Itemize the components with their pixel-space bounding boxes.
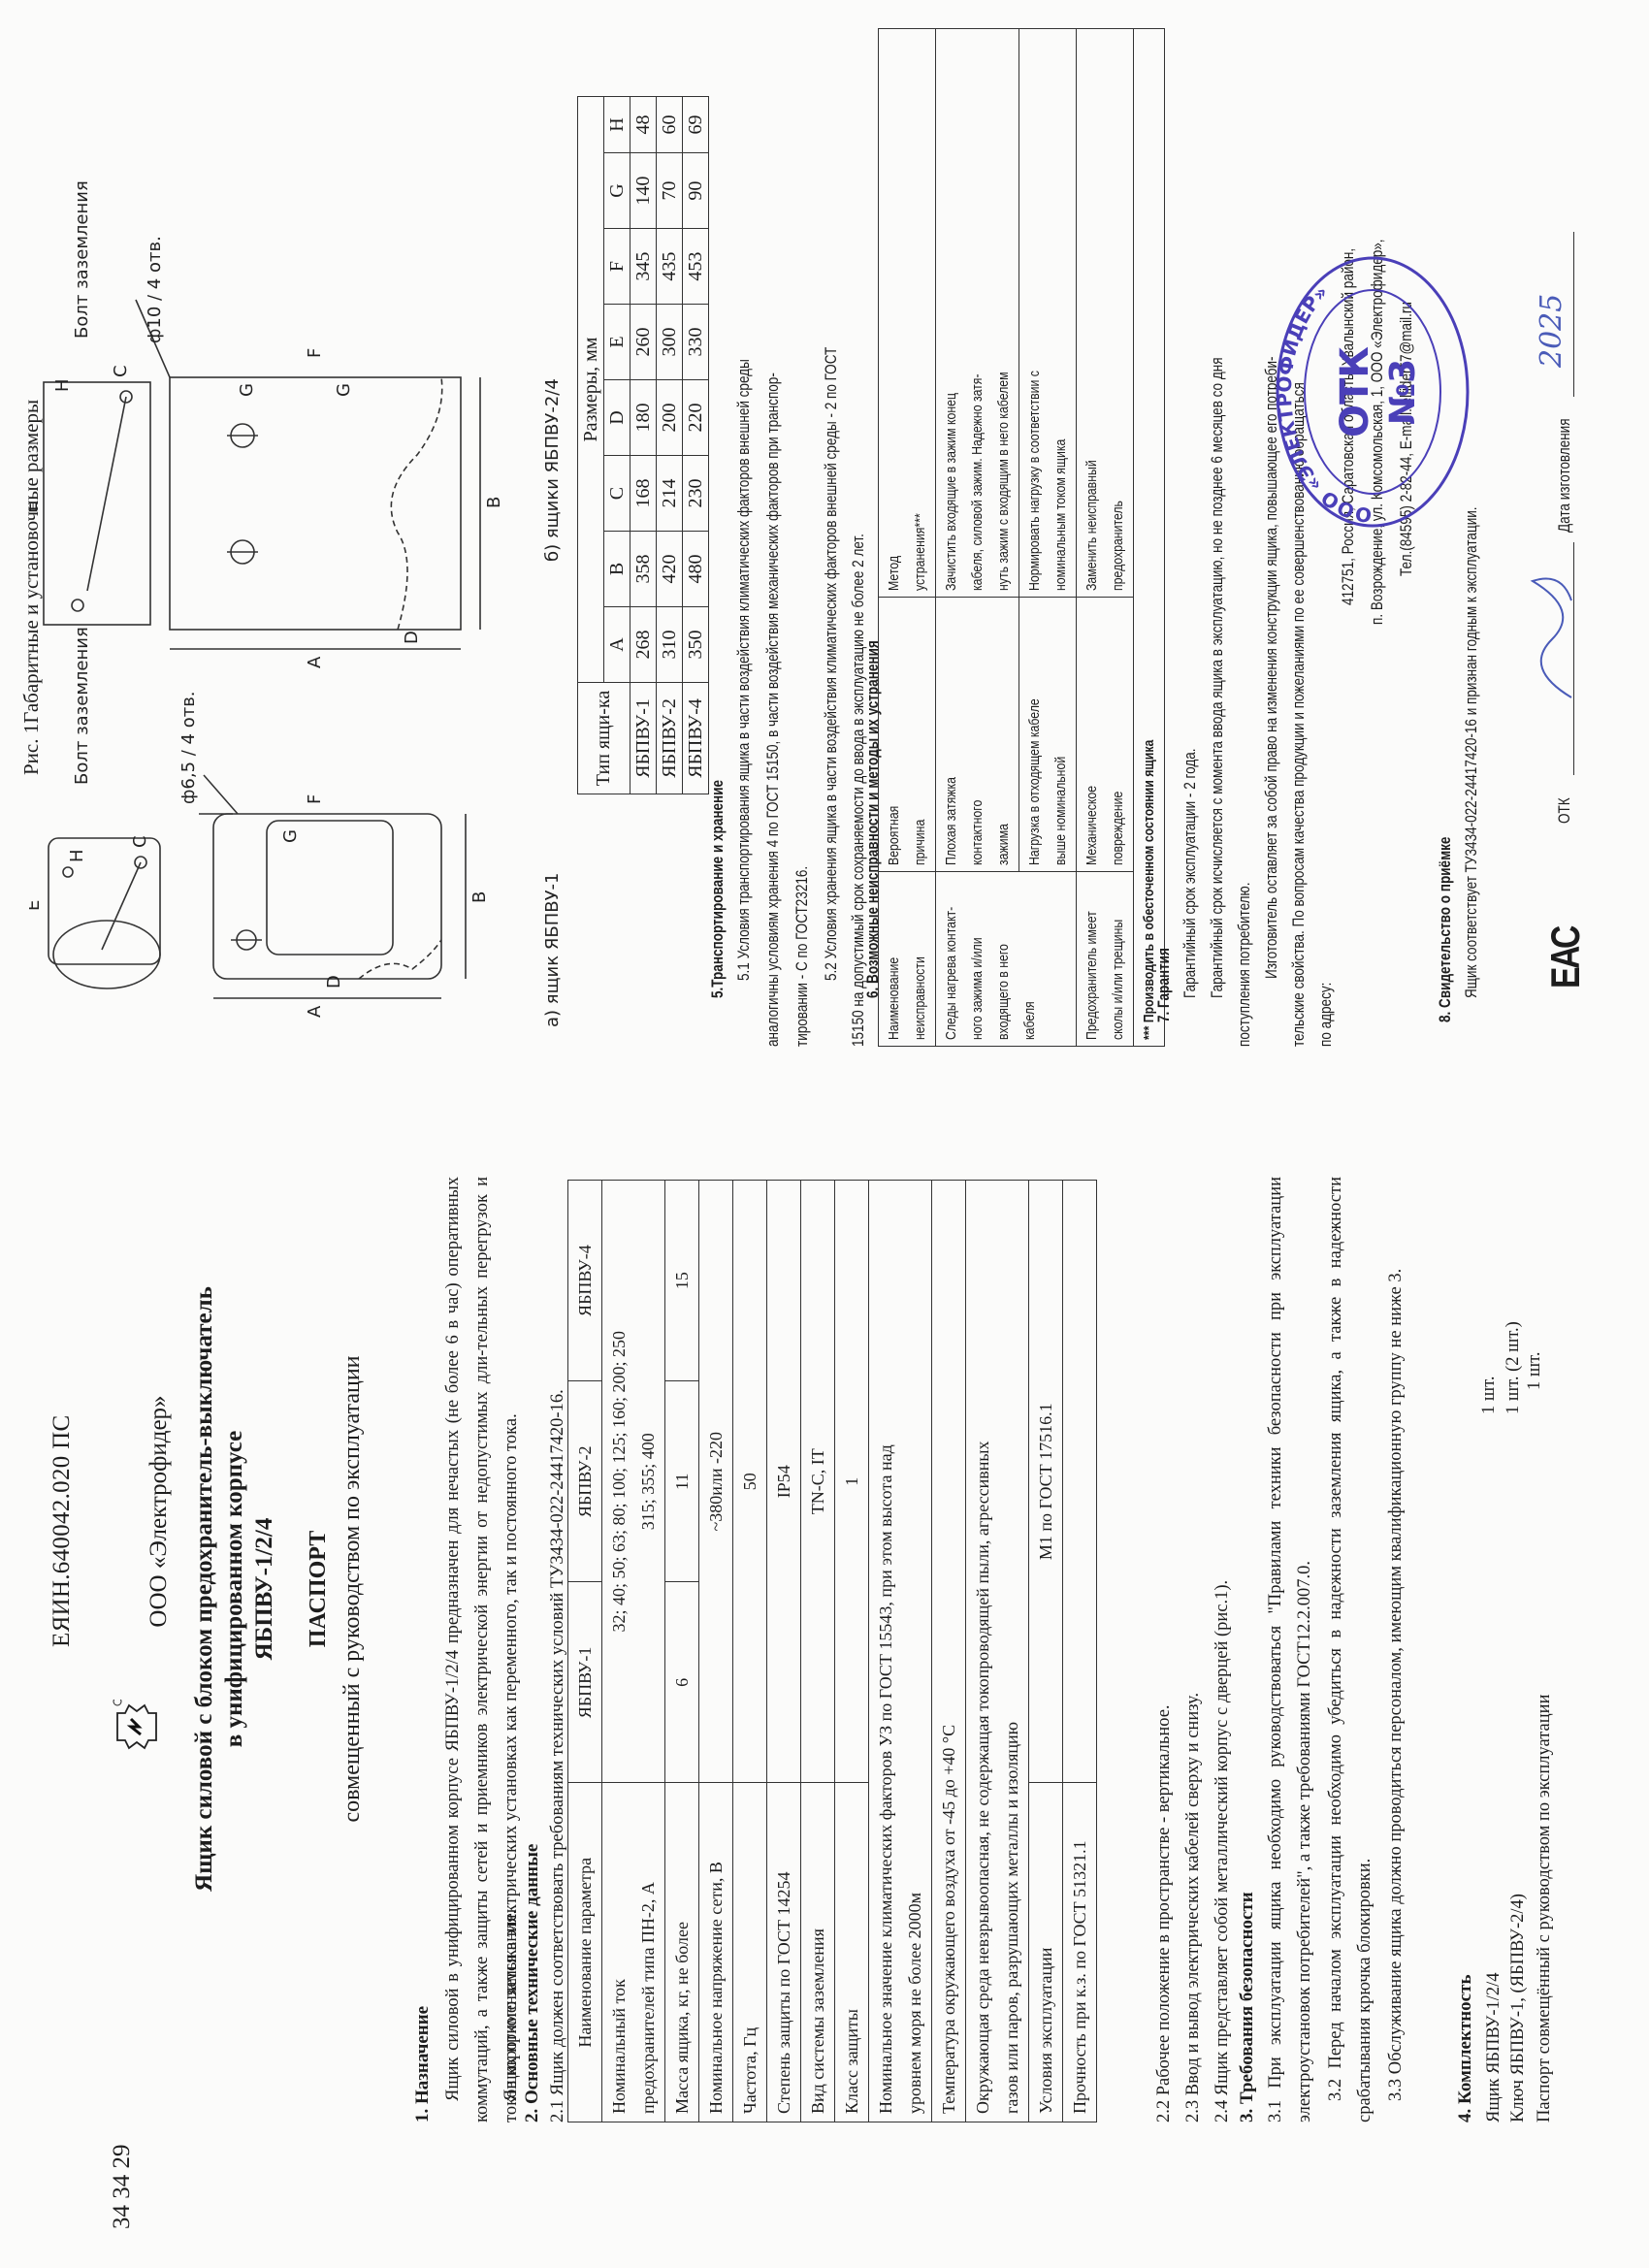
dimension-value: 220 bbox=[683, 380, 709, 456]
svg-text:E: E bbox=[29, 900, 44, 911]
svg-text:G: G bbox=[280, 829, 301, 843]
dimension-value: 214 bbox=[657, 456, 683, 532]
company-name: ООО «Электрофидер» bbox=[145, 1240, 173, 1783]
column-header: Методустранения*** bbox=[879, 29, 936, 598]
stamp-center: ОТК bbox=[1333, 346, 1377, 437]
note-mount-b: ф10 / 4 отв. bbox=[145, 236, 165, 343]
table-row: Прочность при к.з. по ГОСТ 51321.1 bbox=[1063, 1181, 1097, 2122]
dimension-value: 180 bbox=[630, 380, 657, 456]
svg-text:G: G bbox=[334, 383, 354, 397]
dimension-value: 480 bbox=[683, 532, 709, 607]
warranty-line-1: Гарантийный срок эксплуатации - 2 года. bbox=[1176, 748, 1205, 998]
column-header: ЯБПВУ-1 bbox=[568, 1582, 602, 1783]
fault-fix: Заменить неисправныйпредохранитель bbox=[1077, 29, 1134, 598]
parameter-value: М1 по ГОСТ 17516.1 bbox=[1029, 1181, 1063, 1783]
eac-mark-icon: ЕАС bbox=[1542, 927, 1589, 988]
section-4-heading: 4. Комплектность bbox=[1455, 1975, 1476, 2123]
table-row: Условия эксплуатацииМ1 по ГОСТ 17516.1 bbox=[1029, 1181, 1063, 2122]
parameter-value: 50 bbox=[733, 1181, 767, 1783]
table-row: ЯБПВУ-23104202142003004357060 bbox=[657, 97, 683, 794]
dimension-value: 69 bbox=[683, 97, 709, 153]
stamp-number: №3 bbox=[1383, 359, 1423, 425]
column-header: A bbox=[604, 606, 630, 682]
column-header: D bbox=[604, 380, 630, 456]
svg-text:H: H bbox=[67, 849, 87, 862]
table-header-row: Тип ящи-каРазмеры, мм bbox=[578, 97, 604, 794]
technical-data-table: Наименование параметраЯБПВУ-1ЯБПВУ-2ЯБПВ… bbox=[567, 1180, 1097, 2122]
table-row: Номинальный токпредохранителей типа ПН-2… bbox=[602, 1181, 665, 2122]
column-header: Тип ящи-ка bbox=[578, 682, 630, 794]
dimension-value: 200 bbox=[657, 380, 683, 456]
section-3-1: 3.1 При эксплуатации ящика необходимо ру… bbox=[1261, 1177, 1319, 2122]
drawing-a-front: B A F G D bbox=[199, 775, 490, 1018]
table-row: Степень защиты по ГОСТ 14254IP54 bbox=[767, 1181, 801, 2122]
table-row: Номинальное напряжение сети, В~380или -2… bbox=[699, 1181, 733, 2122]
dimension-value: 140 bbox=[630, 153, 657, 229]
dimension-value: 420 bbox=[657, 532, 683, 607]
dimension-value: 70 bbox=[657, 153, 683, 229]
manufacture-date-label: Дата изготовления bbox=[1550, 418, 1579, 533]
caption-a: а) ящик ЯБПВУ-1 bbox=[542, 872, 563, 1027]
title-line-2: в унифицированном корпусе bbox=[219, 1123, 249, 2055]
warranty-line-3: поступления потребителю. bbox=[1230, 883, 1259, 1047]
svg-text:G: G bbox=[237, 383, 257, 397]
svg-text:C: C bbox=[111, 365, 131, 377]
scanned-document-sheet: 34 34 29 ЕЯИН.640042.020 ПС ООО «Электро… bbox=[0, 0, 1649, 2268]
parameter-name: Масса ящика, кг, не более bbox=[665, 1783, 699, 2122]
dimension-value: 453 bbox=[683, 229, 709, 305]
parameter-full-row: Окружающая среда невзрывоопасная, не сод… bbox=[966, 1181, 1029, 2122]
section-8-heading: 8. Свидетельство о приёмке bbox=[1431, 837, 1460, 1022]
svg-text:B: B bbox=[484, 497, 504, 508]
table-row: Номинальное значение климатических факто… bbox=[869, 1181, 932, 2122]
dimension-drawings: B A F G D C H E bbox=[29, 0, 572, 1134]
kit-item-2-label: Ключ ЯБПВУ-1, (ЯБПВУ-2/4) bbox=[1503, 1894, 1533, 2122]
parameter-value: IP54 bbox=[767, 1181, 801, 1783]
passport-page-right: Рис. 1Габаритные и установочные размеры … bbox=[0, 0, 1649, 1134]
svg-text:A: A bbox=[305, 656, 325, 668]
parameter-name: Вид системы заземления bbox=[801, 1783, 835, 2122]
table-footnote-row: *** Производить в обесточенном состоянии… bbox=[1134, 29, 1165, 1047]
column-header: ЯБПВУ-4 bbox=[568, 1181, 602, 1381]
title-line-1: Ящик силовой с блоком предохранитель-вык… bbox=[189, 1123, 219, 2055]
manufacture-date-value: 2025 bbox=[1535, 294, 1568, 368]
dimension-value: 350 bbox=[683, 606, 709, 682]
title-line-3: ЯБПВУ-1/2/4 bbox=[249, 1123, 279, 2055]
svg-text:D: D bbox=[402, 631, 422, 644]
parameter-name: Частота, Гц bbox=[733, 1783, 767, 2122]
section-3-heading: 3. Требования безопасности bbox=[1237, 1892, 1258, 2122]
table-footnote: *** Производить в обесточенном состоянии… bbox=[1134, 29, 1165, 1047]
column-header: E bbox=[604, 305, 630, 380]
kit-item-3-label: Паспорт совмещённый с руководством по эк… bbox=[1530, 1695, 1559, 2122]
note-bolt-b: Болт заземления bbox=[72, 180, 92, 339]
section-2-3: 2.3 Ввод и вывод электрических кабелей с… bbox=[1179, 1693, 1208, 2122]
parameter-value bbox=[1063, 1181, 1097, 1783]
section-5-1-line-1: 5.1 Условия транспортирования ящика в ча… bbox=[729, 359, 759, 981]
table-header-row: Наименование параметраЯБПВУ-1ЯБПВУ-2ЯБПВ… bbox=[568, 1181, 602, 2122]
parameter-name: Номинальный токпредохранителей типа ПН-2… bbox=[602, 1783, 665, 2122]
otk-label: ОТК bbox=[1550, 797, 1579, 824]
dimension-value: 230 bbox=[683, 456, 709, 532]
otk-signature-icon bbox=[1513, 552, 1591, 707]
fault-name: Следы нагрева контакт-ного зажима и/илив… bbox=[936, 871, 1077, 1046]
dimension-value: 168 bbox=[630, 456, 657, 532]
section-5-heading: 5.Транспортирование и хранение bbox=[703, 780, 732, 998]
table-row: Вид системы заземленияTN-C, IT bbox=[801, 1181, 835, 2122]
parameter-value: 11 bbox=[665, 1381, 699, 1582]
drawing-b-front: B A F G G D bbox=[136, 300, 504, 668]
box-type: ЯБПВУ-1 bbox=[630, 682, 657, 794]
table-row: Следы нагрева контакт-ного зажима и/илив… bbox=[936, 29, 1019, 1047]
parameter-value: TN-C, IT bbox=[801, 1181, 835, 1783]
parameter-value: 6 bbox=[665, 1582, 699, 1783]
caption-b: б) ящики ЯБПВУ-2/4 bbox=[542, 378, 563, 562]
dimension-value: 260 bbox=[630, 305, 657, 380]
dimension-value: 358 bbox=[630, 532, 657, 607]
column-header: Наименование параметра bbox=[568, 1783, 602, 2122]
parameter-full-row: Номинальное значение климатических факто… bbox=[869, 1181, 932, 2122]
document-title: Ящик силовой с блоком предохранитель-вык… bbox=[189, 1123, 279, 2055]
fault-cause: Плохая затяжкаконтактногозажима bbox=[936, 597, 1019, 871]
parameter-full-row: Температура окружающего воздуха от -45 д… bbox=[932, 1181, 966, 2122]
note-bolt-a: Болт заземления bbox=[72, 627, 92, 785]
document-id: ЕЯИН.640042.020 ПС bbox=[48, 1415, 76, 1647]
dimension-value: 435 bbox=[657, 229, 683, 305]
table-row: Масса ящика, кг, не более61115 bbox=[665, 1181, 699, 2122]
parameter-value: 1 bbox=[835, 1181, 869, 1783]
table-row: ЯБПВУ-43504802302203304539069 bbox=[683, 97, 709, 794]
dimension-value: 90 bbox=[683, 153, 709, 229]
table-row: Окружающая среда невзрывоопасная, не сод… bbox=[966, 1181, 1029, 2122]
fault-name: Предохранитель имеетсколы и/или трещины bbox=[1077, 871, 1134, 1046]
drawing-a-side: C H E bbox=[29, 835, 160, 988]
column-header: Вероятнаяпричина bbox=[879, 597, 936, 871]
passport-subheading: совмещенный с руководством по эксплуатац… bbox=[339, 1123, 366, 2055]
section-7-heading: 7. Гарантия bbox=[1149, 948, 1179, 1022]
svg-text:A: A bbox=[305, 1005, 325, 1018]
parameter-name: Класс защиты bbox=[835, 1783, 869, 2122]
section-2-2: 2.2 Рабочее положение в пространстве - в… bbox=[1149, 1704, 1179, 2122]
note-mount-a: ф6,5 / 4 отв. bbox=[178, 691, 199, 804]
parameter-name: Номинальное напряжение сети, В bbox=[699, 1783, 733, 2122]
svg-text:F: F bbox=[305, 794, 325, 804]
fault-cause: Нагрузка в отходящем кабелевыше номиналь… bbox=[1019, 597, 1077, 871]
section-1-heading: 1. Назначение bbox=[412, 2006, 434, 2122]
table-row: Предохранитель имеетсколы и/или трещиныМ… bbox=[1077, 29, 1134, 1047]
section-3-2: 3.2 Перед началом эксплуатации необходим… bbox=[1321, 1177, 1379, 2122]
table-header-row: НаименованиенеисправностиВероятнаяпричин… bbox=[879, 29, 936, 1047]
acceptance-text: Ящик соответствует ТУ3434-022-24417420-1… bbox=[1457, 506, 1486, 998]
fault-cause: Механическоеповреждение bbox=[1077, 597, 1134, 871]
drawing-b-side: C H E bbox=[29, 365, 150, 625]
column-header: Наименованиенеисправности bbox=[879, 871, 936, 1046]
box-type: ЯБПВУ-2 bbox=[657, 682, 683, 794]
column-header: H bbox=[604, 97, 630, 153]
passport-page-left: 34 34 29 ЕЯИН.640042.020 ПС ООО «Электро… bbox=[0, 1134, 1649, 2268]
kit-item-3-qty: 1 шт. bbox=[1520, 1352, 1549, 1390]
column-header: C bbox=[604, 456, 630, 532]
column-header: ЯБПВУ-2 bbox=[568, 1381, 602, 1582]
document-code: 34 34 29 bbox=[109, 2145, 136, 2230]
svg-text:F: F bbox=[305, 348, 325, 358]
svg-text:B: B bbox=[469, 891, 490, 903]
svg-text:D: D bbox=[324, 975, 344, 988]
column-header: B bbox=[604, 532, 630, 607]
passport-heading: ПАСПОРТ bbox=[306, 1123, 332, 2055]
dimension-value: 48 bbox=[630, 97, 657, 153]
fault-fix: Зачистить входящие в зажим конецкабеля, … bbox=[936, 29, 1019, 598]
warranty-line-2: Гарантийный срок исчисляется с момента в… bbox=[1203, 357, 1232, 998]
dimension-value: 345 bbox=[630, 229, 657, 305]
box-type: ЯБПВУ-4 bbox=[683, 682, 709, 794]
dimension-value: 60 bbox=[657, 97, 683, 153]
table-row: ЯБПВУ-126835816818026034514048 bbox=[630, 97, 657, 794]
faults-table: НаименованиенеисправностиВероятнаяпричин… bbox=[878, 28, 1165, 1047]
section-5-1-line-2: аналогичны условиям хранения 4 по ГОСТ 1… bbox=[759, 373, 788, 1047]
column-group-header: Размеры, мм bbox=[578, 97, 604, 683]
section-3-3: 3.3 Обслуживание ящика должно проводитьс… bbox=[1381, 1177, 1410, 2122]
svg-text:H: H bbox=[52, 378, 73, 392]
parameter-name: Условия эксплуатации bbox=[1029, 1783, 1063, 2122]
parameter-value: 15 bbox=[665, 1181, 699, 1381]
otk-stamp-icon: ООО «ЭЛЕКТРОФИДЕР» ОТК №3 bbox=[1271, 251, 1474, 533]
svg-text:E: E bbox=[29, 502, 42, 513]
column-header: F bbox=[604, 229, 630, 305]
dimension-value: 300 bbox=[657, 305, 683, 380]
section-2-4: 2.4 Ящик представляет собой металлически… bbox=[1208, 1580, 1237, 2122]
table-row: Частота, Гц50 bbox=[733, 1181, 767, 2122]
dimension-value: 310 bbox=[657, 606, 683, 682]
table-row: Класс защиты1 bbox=[835, 1181, 869, 2122]
svg-text:C: C bbox=[130, 835, 150, 848]
section-5-1-line-3: тировании - С по ГОСТ23216. bbox=[788, 866, 817, 1047]
column-header: G bbox=[604, 153, 630, 229]
manufacture-date-line bbox=[1573, 232, 1574, 397]
fault-fix: Нормировать нагрузку в соответствии сном… bbox=[1019, 29, 1077, 598]
parameter-name: Прочность при к.з. по ГОСТ 51321.1 bbox=[1063, 1783, 1097, 2122]
dimension-value: 268 bbox=[630, 606, 657, 682]
parameter-name: Степень защиты по ГОСТ 14254 bbox=[767, 1783, 801, 2122]
dimension-value: 330 bbox=[683, 305, 709, 380]
section-2-heading: 2. Основные технические данные bbox=[522, 1844, 543, 2122]
dimensions-table: Тип ящи-каРазмеры, ммABCDEFGHЯБПВУ-12683… bbox=[577, 96, 709, 794]
section-5-2-line-1: 5.2 Условия хранения ящика в части возде… bbox=[817, 347, 846, 981]
parameter-value: 32; 40; 50; 63; 80; 100; 125; 160; 200; … bbox=[602, 1181, 665, 1783]
table-row: Температура окружающего воздуха от -45 д… bbox=[932, 1181, 966, 2122]
warranty-line-6: по адресу: bbox=[1311, 983, 1341, 1047]
parameter-value: ~380или -220 bbox=[699, 1181, 733, 1783]
